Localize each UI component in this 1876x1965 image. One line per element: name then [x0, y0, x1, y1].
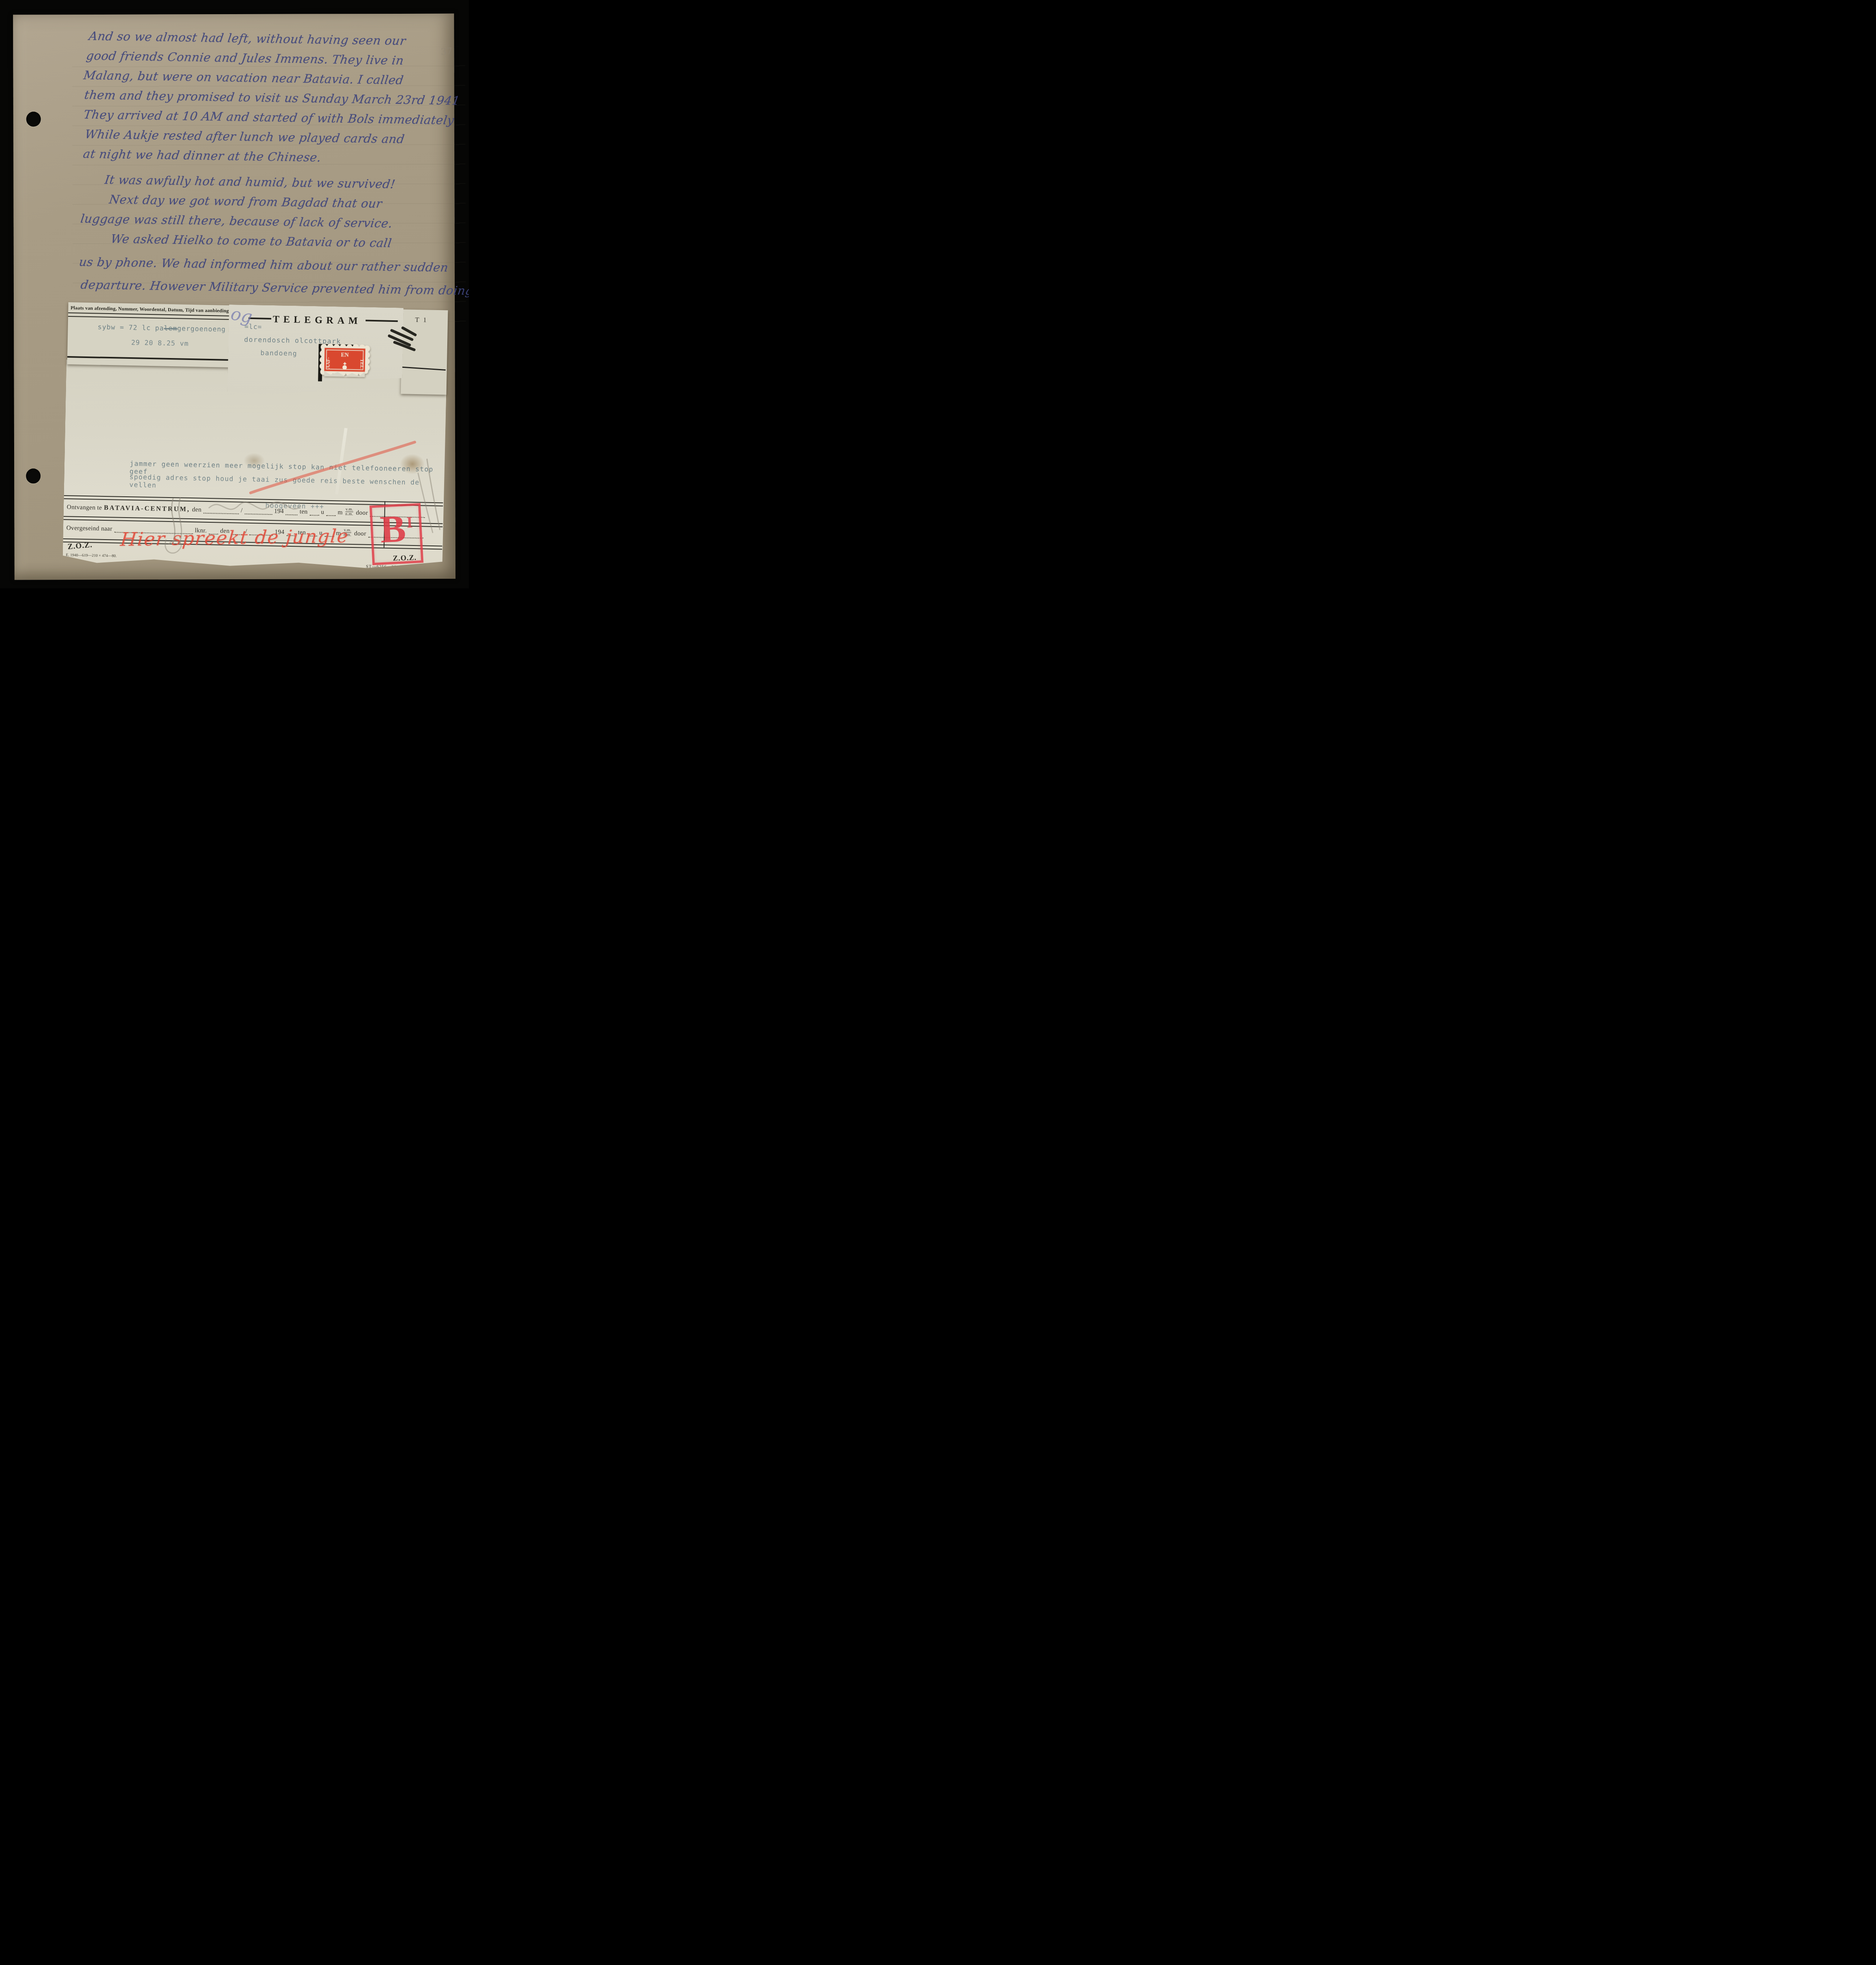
censor-stamp-b1: B I: [369, 503, 424, 565]
origin-line1-suffix: gergoenoeng 8: [177, 325, 235, 334]
rule: [67, 356, 245, 361]
city-line: bandoeng: [260, 349, 297, 358]
dotted-blank: [309, 510, 319, 516]
u-label: u: [321, 509, 324, 516]
door-label: door: [354, 530, 366, 538]
ten-label: ten: [299, 508, 308, 515]
red-telegraph-seal: EN AAF- TEL: [319, 343, 370, 377]
handwriting-line: departure. However Military Service prev…: [80, 278, 469, 298]
handwriting-line: them and they promised to visit us Sunda…: [84, 88, 461, 108]
red-crayon-note: Hier spreekt de jungle: [119, 525, 350, 551]
title-dash-right: [366, 320, 398, 322]
dotted-blank: [244, 509, 272, 515]
forwarded-label: Overgeseind naar: [66, 525, 112, 533]
origin-line1-struck: lem: [164, 325, 177, 333]
form-series-note: T 1: [415, 316, 428, 324]
handwritten-diary-text: And so we almost had left, without havin…: [78, 26, 460, 314]
handwriting-line: good friends Connie and Jules Immens. Th…: [85, 49, 404, 68]
den-label: den: [192, 506, 201, 513]
handwriting-line: at night we had dinner at the Chinese.: [82, 147, 322, 165]
handwriting-line: Malang, but were on vacation near Batavi…: [83, 69, 404, 88]
punch-hole-bottom: [26, 468, 40, 483]
received-label: Ontvangen te: [67, 504, 102, 512]
form-code-left: E. 1940—619—210 × 474—80.: [66, 553, 116, 558]
vm-nm-fraction: v.m. n.m.: [345, 507, 353, 516]
vm-label: v.m.: [345, 507, 353, 512]
censor-stamp-letter: B: [379, 509, 407, 549]
m-label: m: [338, 509, 343, 516]
origin-slip: Plaats van afzending, Nummer, Woordental…: [67, 302, 246, 368]
handwriting-line: While Aukje rested after lunch we played…: [84, 128, 405, 147]
handwriting-line: us by phone. We had informed him about o…: [78, 255, 449, 275]
censor-stamp-sup: I: [406, 513, 413, 532]
handwriting-line: They arrived at 10 AM and started of wit…: [83, 108, 455, 128]
door-label: door: [356, 509, 368, 517]
nm-label: n.m.: [345, 512, 353, 516]
telegram-title: TELEGRAM: [273, 314, 362, 327]
dotted-blank: [203, 508, 239, 514]
scanned-scrapbook-page: 37 And so we almost had left, without ha…: [0, 0, 469, 588]
punch-hole-top: [26, 112, 41, 127]
origin-typed-line: sybw = 72 lc palemgergoenoeng 8: [97, 323, 235, 334]
origin-line1-prefix: sybw = 72 lc pa: [97, 323, 164, 332]
origin-typed-line: 29 20 8.25 vm: [131, 339, 189, 348]
tape-stain: [61, 580, 77, 588]
year-label: 194: [274, 508, 284, 515]
seal-graphic: EN AAF- TEL: [319, 343, 370, 377]
station-name: BATAVIA-CENTRUM,: [104, 504, 190, 513]
seal-text-left: AAF-: [325, 357, 331, 369]
handwriting-line: Next day we got word from Bagdad that ou…: [108, 193, 383, 211]
bandoeng-stamp-label: BANDOENG: [121, 582, 166, 588]
right-paper-strip: T 1: [401, 309, 448, 395]
slash: /: [241, 507, 243, 514]
handwriting-line: luggage was still there, because of lack…: [80, 212, 393, 231]
handwriting-line: And so we almost had left, without havin…: [88, 29, 407, 48]
blue-pencil-mark: og: [229, 304, 254, 328]
handwriting-line: We asked Hielko to come to Batavia or to…: [110, 232, 393, 250]
pencil-number: 105: [406, 569, 432, 588]
seal-text-top: EN: [341, 352, 349, 358]
handwriting-line: It was awfully hot and humid, but we sur…: [104, 173, 396, 191]
seal-text-right: TEL: [359, 359, 364, 369]
dotted-blank: [326, 510, 336, 516]
dotted-blank: [286, 509, 298, 516]
zoz-left: Z.O.Z.: [67, 540, 93, 551]
telegram: jammer geen weerzien meer mogelijk stop …: [62, 300, 451, 582]
